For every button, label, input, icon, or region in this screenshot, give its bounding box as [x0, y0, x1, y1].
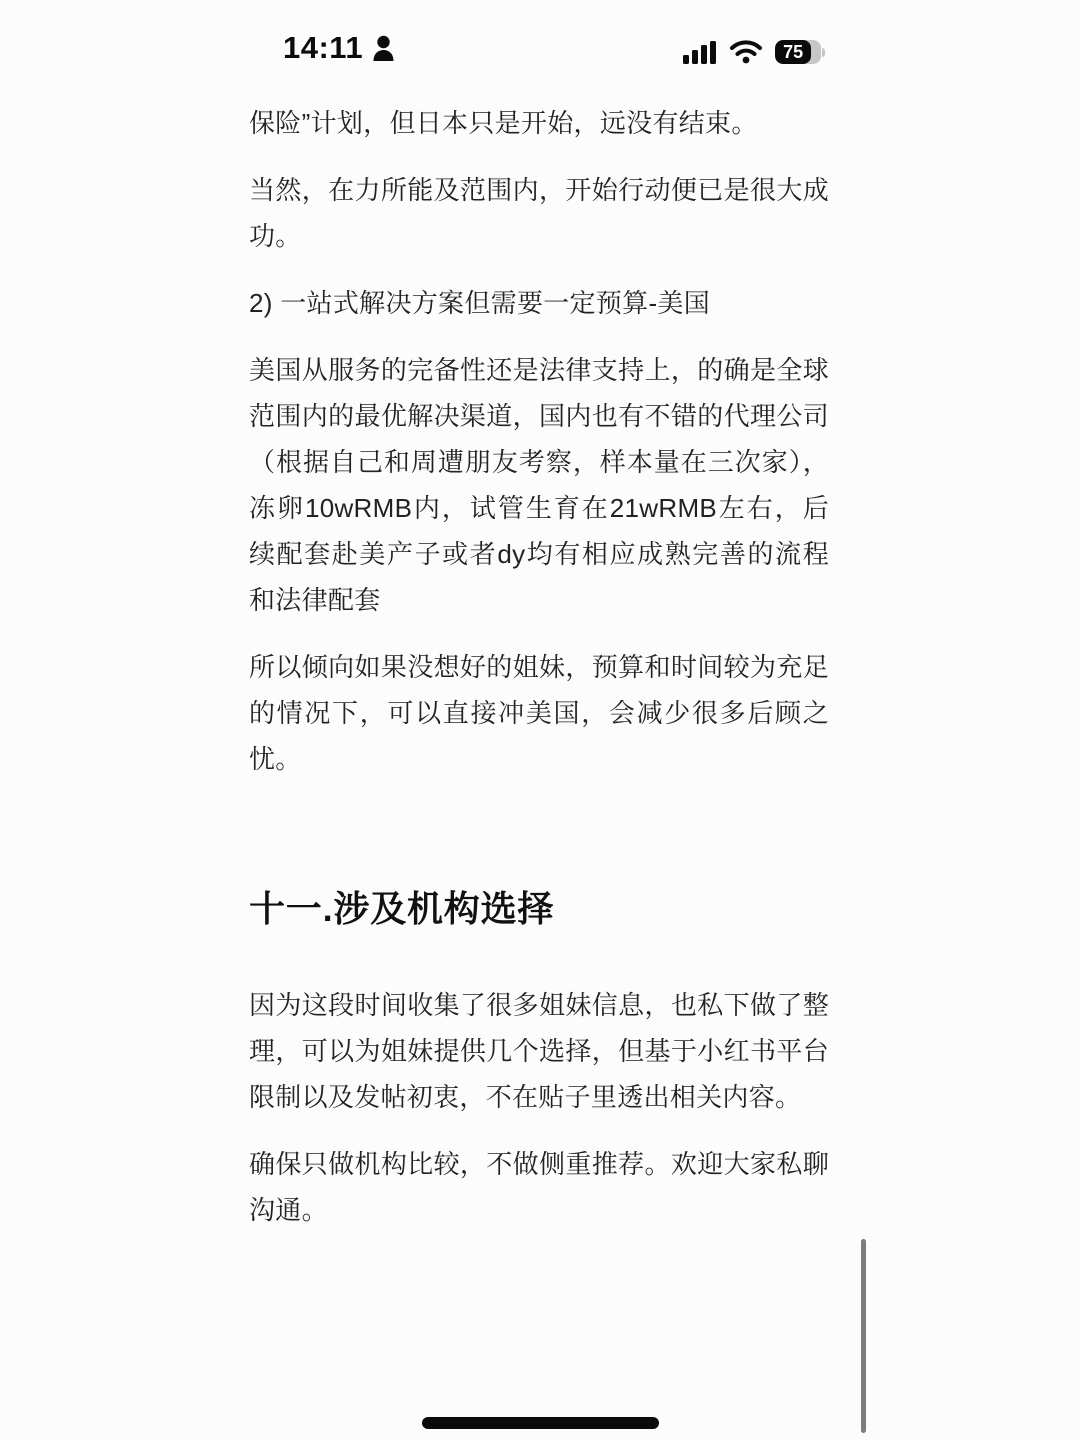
section-heading: 十一.涉及机构选择	[249, 886, 829, 932]
list-subheading: 2) 一站式解决方案但需要一定预算-美国	[249, 280, 829, 326]
status-time-group: 14:11	[283, 30, 395, 66]
home-indicator[interactable]	[422, 1417, 659, 1429]
scrollbar-thumb[interactable]	[861, 1239, 866, 1433]
battery-body: 75	[775, 40, 821, 64]
paragraph: 所以倾向如果没想好的姐妹，预算和时间较为充足的情况下，可以直接冲美国，会减少很多…	[249, 644, 829, 782]
status-time: 14:11	[283, 30, 363, 66]
paragraph-continuation: 保险”计划，但日本只是开始，远没有结束。	[249, 100, 829, 146]
person-icon	[372, 35, 395, 62]
status-right-group: 75	[683, 40, 825, 64]
battery-icon: 75	[775, 40, 825, 64]
cellular-signal-icon	[683, 41, 717, 64]
wifi-icon	[730, 40, 762, 64]
battery-percent: 75	[783, 42, 803, 63]
phone-screen: 14:11	[0, 0, 1080, 1440]
document-body: 保险”计划，但日本只是开始，远没有结束。 当然，在力所能及范围内，开始行动便已是…	[249, 100, 829, 1254]
battery-cap	[822, 48, 825, 57]
battery-fill: 75	[775, 40, 811, 64]
paragraph: 当然，在力所能及范围内，开始行动便已是很大成功。	[249, 167, 829, 259]
paragraph: 因为这段时间收集了很多姐妹信息，也私下做了整理，可以为姐妹提供几个选择，但基于小…	[249, 982, 829, 1120]
paragraph: 美国从服务的完备性还是法律支持上，的确是全球范围内的最优解决渠道，国内也有不错的…	[249, 347, 829, 623]
paragraph: 确保只做机构比较，不做侧重推荐。欢迎大家私聊沟通。	[249, 1141, 829, 1233]
